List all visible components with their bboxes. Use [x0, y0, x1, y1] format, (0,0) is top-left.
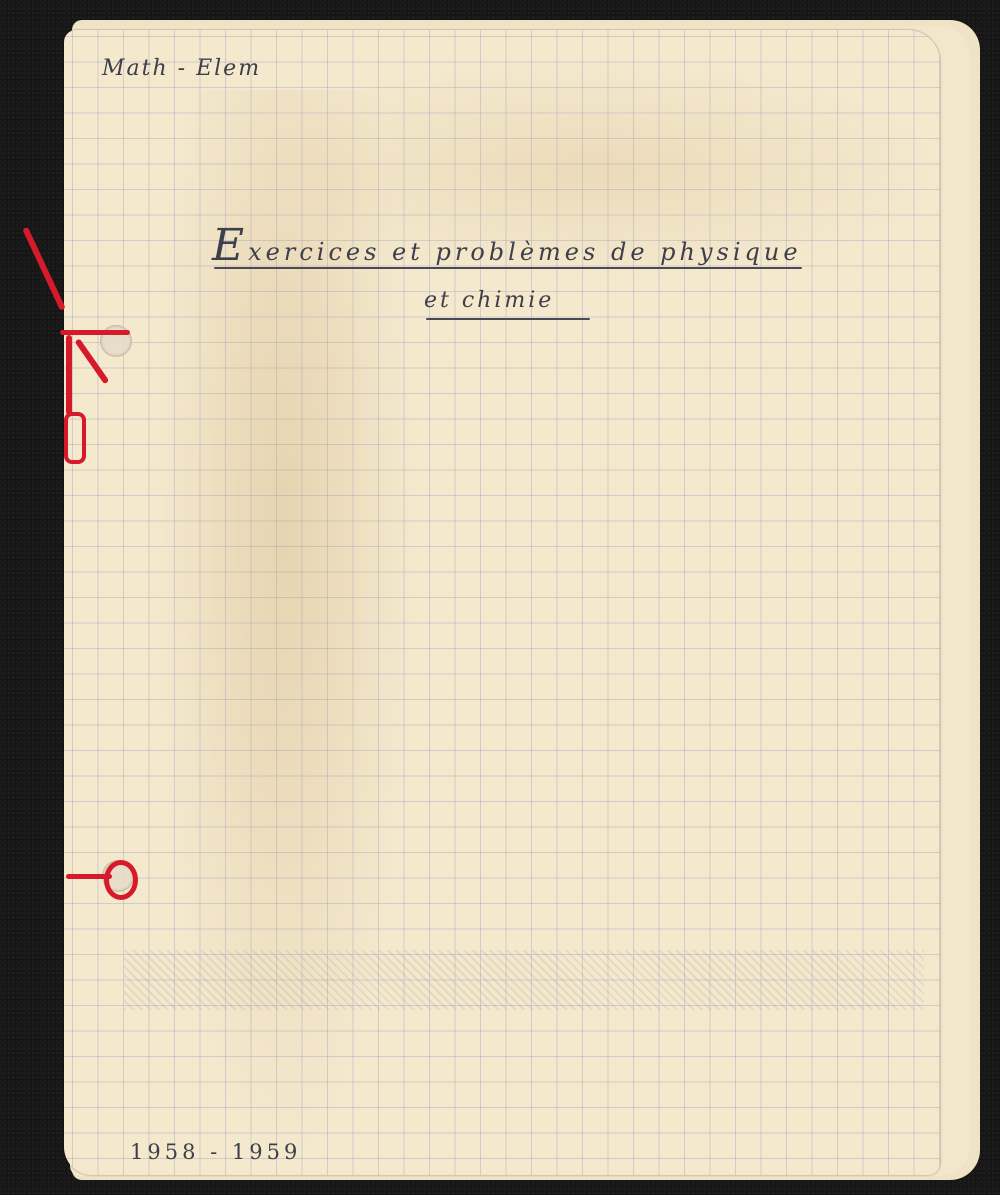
- notebook-cover-page: Math - Elem Exercices et problèmes de ph…: [64, 30, 940, 1175]
- title-line-2: et chimie: [424, 288, 554, 313]
- title-underline-2: [426, 318, 590, 320]
- school-year: 1958 - 1959: [130, 1140, 301, 1164]
- title-underline-1: [214, 267, 802, 269]
- title-line-1: Exercices et problèmes de physique: [212, 220, 802, 271]
- bleed-through-hatching: [124, 950, 924, 1010]
- subject-label: Math - Elem: [102, 56, 261, 81]
